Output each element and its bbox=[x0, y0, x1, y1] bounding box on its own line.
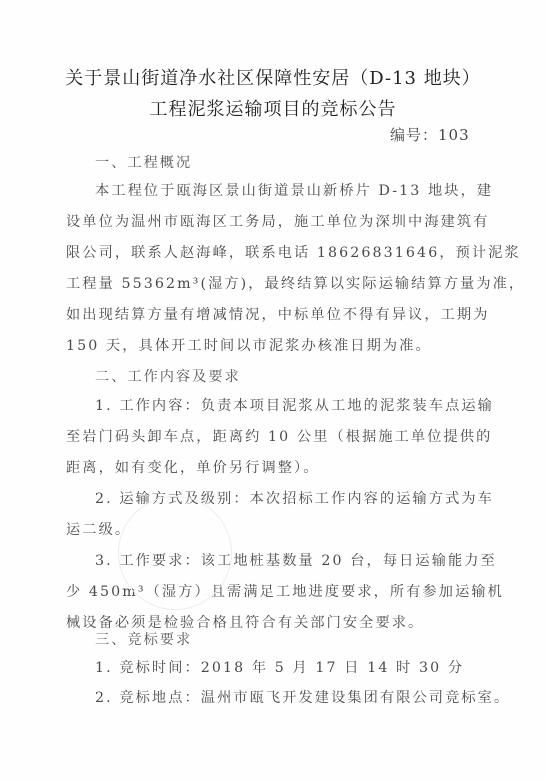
serial-number: 编号：103 bbox=[390, 124, 470, 145]
document-page: 关于景山街道净水社区保障性安居（D-13 地块） 工程泥浆运输项目的竞标公告 编… bbox=[0, 0, 546, 780]
section-heading-bid-requirements: 三、竞标要求 bbox=[95, 629, 192, 649]
paragraph-line: 1. 工作内容：负责本项目泥浆从工地的泥浆装车点运输 bbox=[95, 396, 460, 416]
paragraph-line: 工程量 55362m³(湿方)，最终结算以实际运输结算方量为准， bbox=[66, 274, 460, 294]
paragraph-line: 距离，如有变化，单价另行调整）。 bbox=[66, 458, 460, 478]
document-title-line-2: 工程泥浆运输项目的竞标公告 bbox=[0, 95, 546, 121]
bid-time-line: 1. 竞标时间：2018 年 5 月 17 日 14 时 30 分 bbox=[95, 658, 460, 678]
document-title-line-1: 关于景山街道净水社区保障性安居（D-13 地块） bbox=[0, 64, 546, 90]
bid-location-line: 2. 竞标地点：温州市瓯飞开发建设集团有限公司竞标室。 bbox=[95, 688, 460, 708]
paragraph-line: 运二级。 bbox=[66, 520, 460, 540]
paragraph-line: 至岩门码头卸车点，距离约 10 公里（根据施工单位提供的 bbox=[66, 427, 460, 447]
paragraph-line: 限公司，联系人赵海峰，联系电话 18626831646，预计泥浆 bbox=[66, 243, 460, 263]
paragraph-line: 150 天，具体开工时间以市泥浆办核准日期为准。 bbox=[66, 336, 460, 356]
paragraph-line: 如出现结算方量有增减情况，中标单位不得有异议，工期为 bbox=[66, 305, 460, 325]
paragraph-line: 2. 运输方式及级别：本次招标工作内容的运输方式为车 bbox=[95, 489, 460, 509]
section-heading-work-content: 二、工作内容及要求 bbox=[95, 366, 241, 386]
paragraph-line: 少 450m³（湿方）且需满足工地进度要求，所有参加运输机 bbox=[66, 582, 460, 602]
paragraph-line: 本工程位于瓯海区景山街道景山新桥片 D-13 地块，建 bbox=[95, 181, 460, 201]
paragraph-line: 设单位为温州市瓯海区工务局，施工单位为深圳中海建筑有 bbox=[66, 212, 460, 232]
section-heading-overview: 一、工程概况 bbox=[95, 152, 192, 172]
paragraph-line: 3. 工作要求：该工地桩基数量 20 台，每日运输能力至 bbox=[95, 551, 460, 571]
